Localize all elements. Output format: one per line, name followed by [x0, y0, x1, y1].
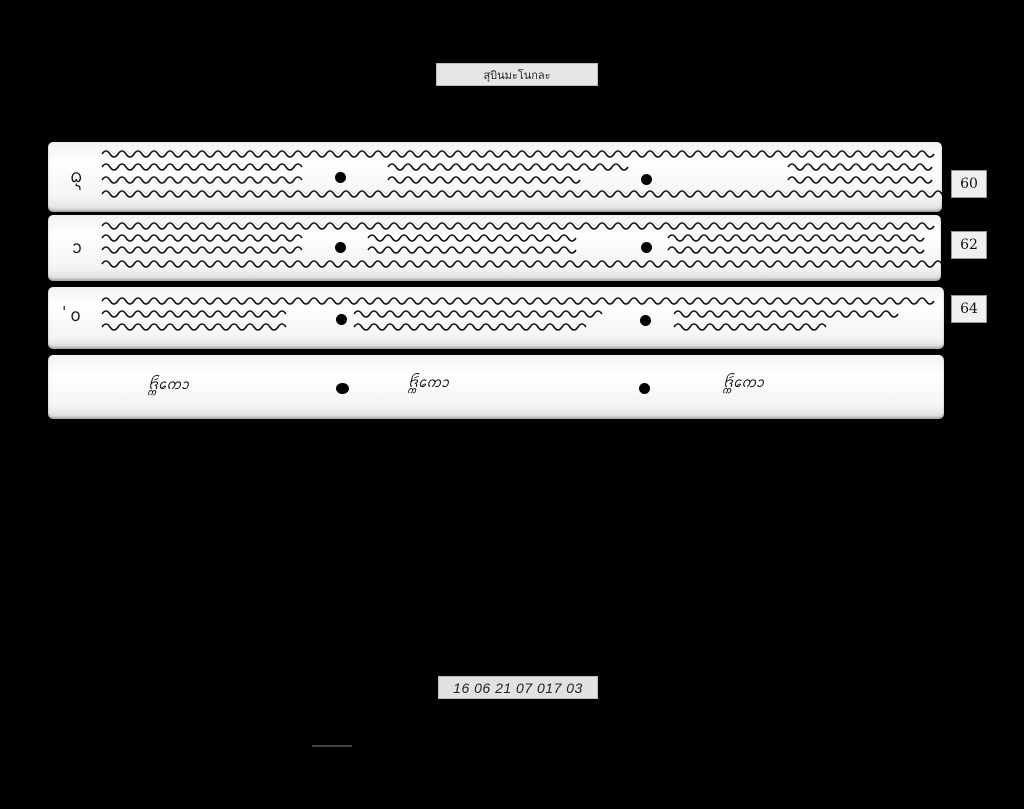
- page-tag-text: 60: [960, 176, 978, 192]
- page-tag-62: 62: [951, 231, 987, 259]
- leaf-numeral: ᩣ: [72, 235, 82, 263]
- cover-caption: ᨪᩢ᩠ᨠᩮᨠᩣ: [723, 373, 764, 395]
- page-tag-text: 62: [960, 237, 978, 253]
- cover-caption: ᨪᩢ᩠ᨠᩮᨠᩣ: [408, 373, 449, 395]
- string-hole: [641, 174, 652, 185]
- palm-leaf-cover: ᨪᩢ᩠ᨠᩮᨠᩣ ᨪᩢ᩠ᨠᩮᨠᩣ ᨪᩢ᩠ᨠᩮᨠᩣ: [48, 355, 944, 419]
- string-hole: [336, 314, 347, 325]
- leaf-numeral: ᩵ᩅ: [70, 303, 81, 331]
- manuscript-text-lines: [48, 142, 942, 212]
- manuscript-text-lines: [48, 215, 941, 281]
- manuscript-title: สุบินมะโนกละ: [483, 66, 550, 84]
- string-hole: [335, 172, 346, 183]
- page-tag-text: 64: [960, 301, 978, 317]
- archive-reference-label: 16 06 21 07 017 03: [438, 676, 598, 699]
- string-hole: [336, 383, 349, 394]
- scan-artifact: [312, 745, 352, 747]
- string-hole: [640, 315, 651, 326]
- archive-reference-number: 16 06 21 07 017 03: [453, 680, 583, 696]
- string-hole: [335, 242, 346, 253]
- palm-leaf-2: ᩣ: [48, 215, 941, 281]
- palm-leaf-3: ᩵ᩅ: [48, 287, 944, 349]
- manuscript-text-lines: [48, 287, 944, 349]
- string-hole: [641, 242, 652, 253]
- palm-leaf-1: ᨵ᩠ᨶ: [48, 142, 942, 212]
- manuscript-title-label: สุบินมะโนกละ: [436, 63, 598, 86]
- cover-caption: ᨪᩢ᩠ᨠᩮᨠᩣ: [148, 375, 189, 397]
- string-hole: [639, 383, 650, 394]
- page-tag-64: 64: [951, 295, 987, 323]
- page-tag-60: 60: [951, 170, 987, 198]
- leaf-numeral: ᨵ᩠ᨶ: [70, 164, 82, 192]
